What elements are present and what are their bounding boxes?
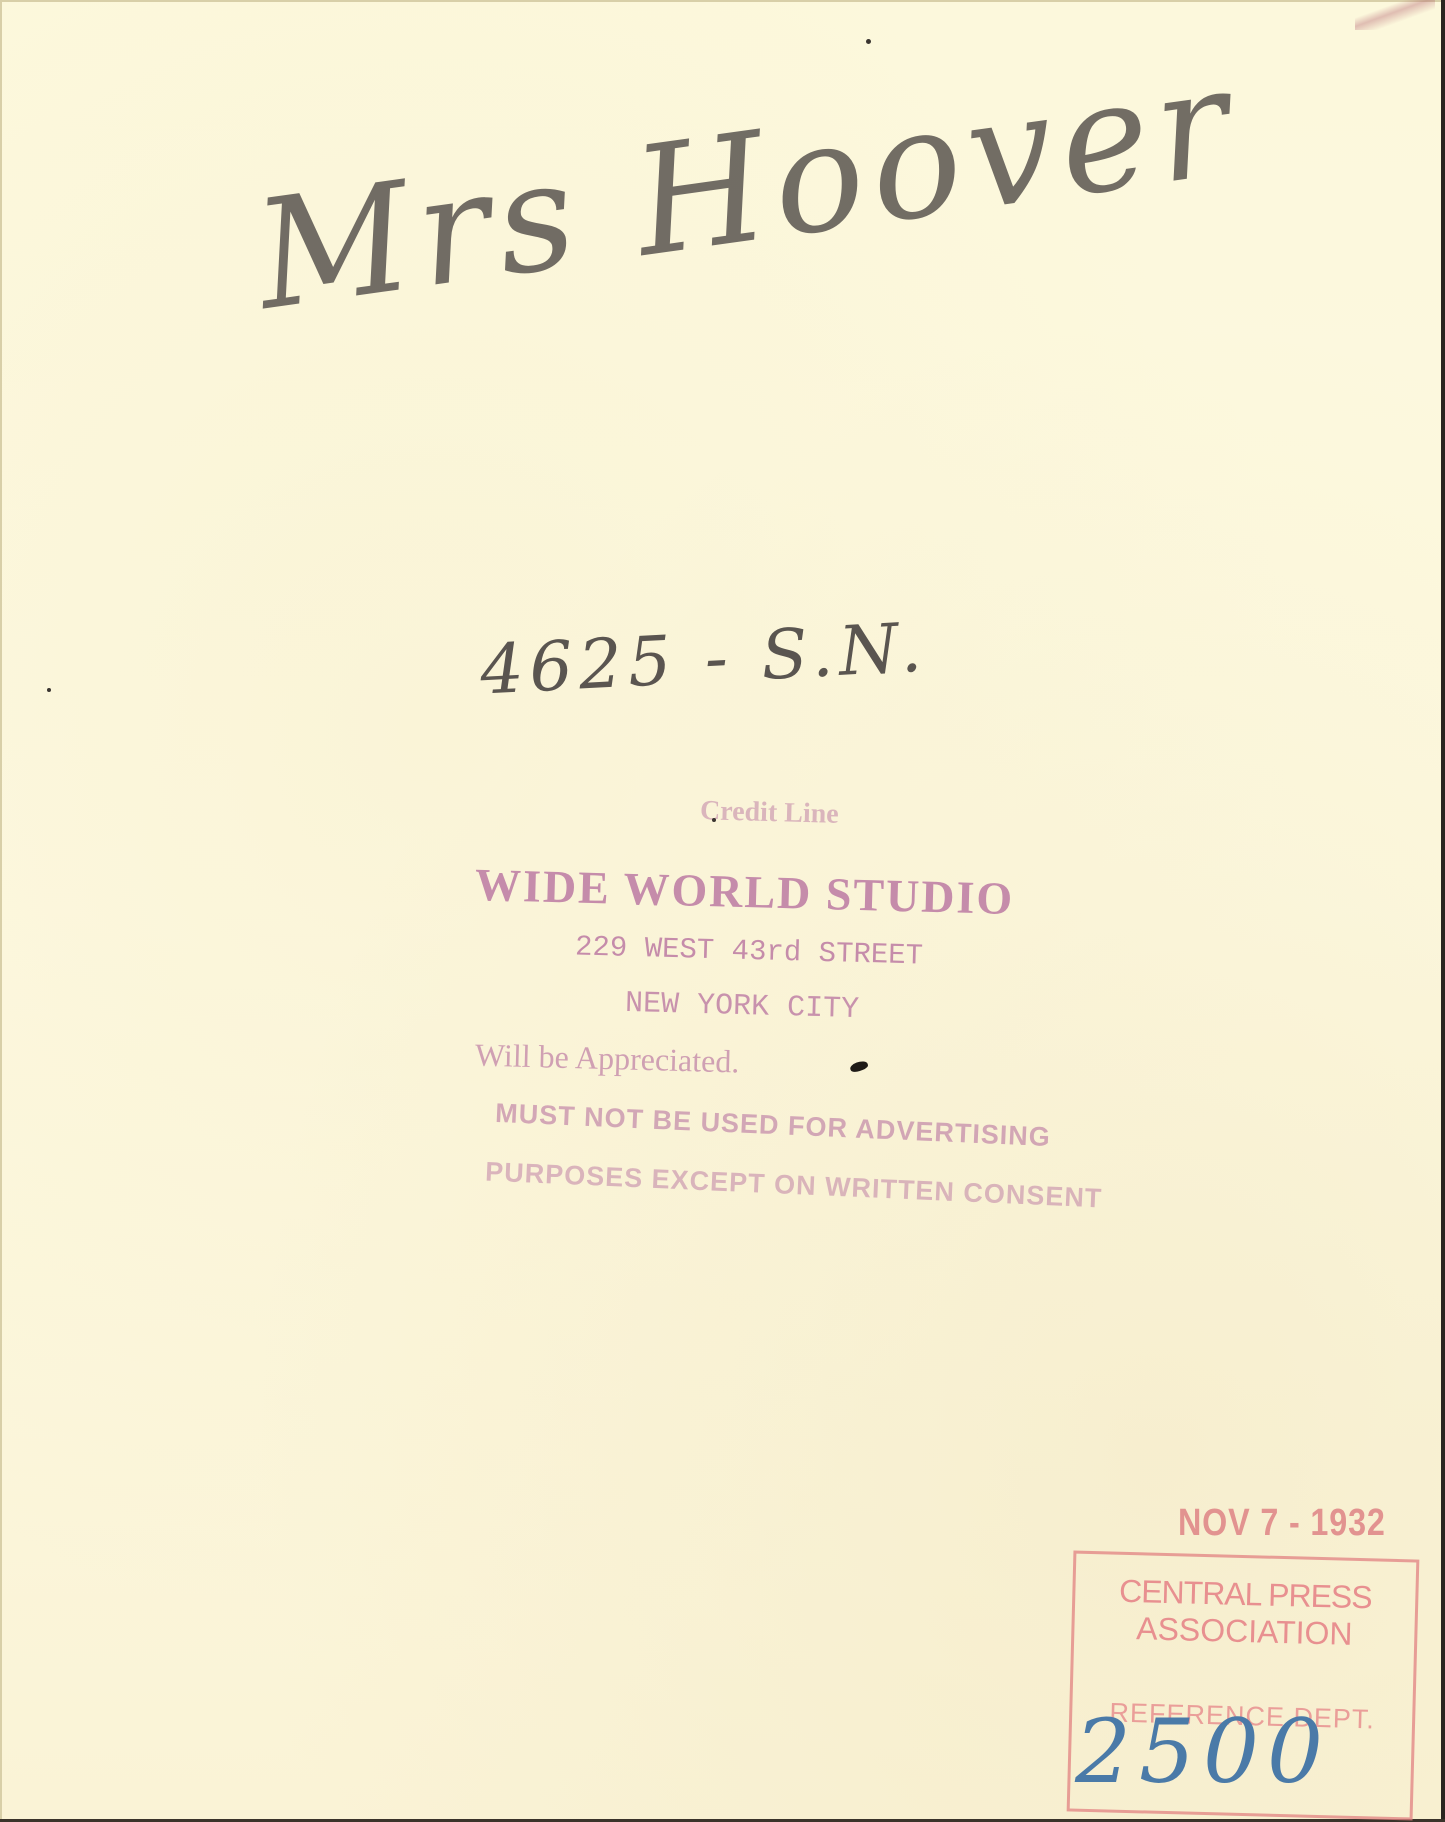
received-date-stamp: NOV 7 - 1932 — [1178, 1502, 1386, 1545]
corner-stain — [1355, 0, 1435, 30]
paper-speck — [866, 39, 871, 44]
archive-org-line2: ASSOCIATION — [1084, 1609, 1405, 1654]
credit-line-stamp: Credit Line — [700, 795, 839, 831]
scan-edge-right — [1441, 0, 1445, 1822]
appreciated-stamp: Will be Appreciated. — [475, 1037, 740, 1081]
reference-number: 2500 — [1075, 1700, 1331, 1803]
studio-city-stamp: NEW YORK CITY — [625, 987, 860, 1027]
paper-speck — [47, 688, 51, 692]
paper-speck — [712, 818, 716, 822]
